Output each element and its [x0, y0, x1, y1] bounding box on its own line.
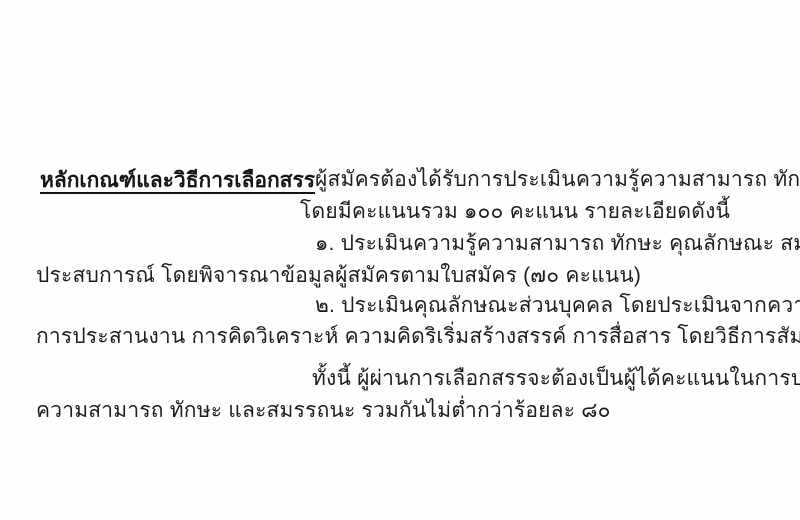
item-2-line-2: การประสานงาน การคิดวิเคราะห์ ความคิดริเร…: [36, 322, 800, 352]
item-1-line-2: ประสบการณ์ โดยพิจารณาข้อมูลผู้สมัครตามใบ…: [36, 261, 641, 291]
section-heading: หลักเกณฑ์และวิธีการเลือกสรร: [40, 166, 315, 196]
item-1-line-1: ๑. ประเมินความรู้ความสามารถ ทักษะ คุณลัก…: [315, 229, 800, 259]
document-page: หลักเกณฑ์และวิธีการเลือกสรร ผู้สมัครต้อง…: [0, 0, 800, 520]
intro-line-1: ผู้สมัครต้องได้รับการประเมินความรู้ความส…: [315, 165, 800, 195]
closing-line-2: ความสามารถ ทักษะ และสมรรถนะ รวมกันไม่ต่ำ…: [36, 396, 611, 426]
closing-line-1: ทั้งนี้ ผู้ผ่านการเลือกสรรจะต้องเป็นผู้ไ…: [312, 364, 800, 394]
intro-line-2: โดยมีคะแนนรวม ๑๐๐ คะแนน รายละเอียดดังนี้: [300, 197, 730, 227]
item-2-line-1: ๒. ประเมินคุณลักษณะส่วนบุคคล โดยประเมินจ…: [315, 291, 800, 321]
